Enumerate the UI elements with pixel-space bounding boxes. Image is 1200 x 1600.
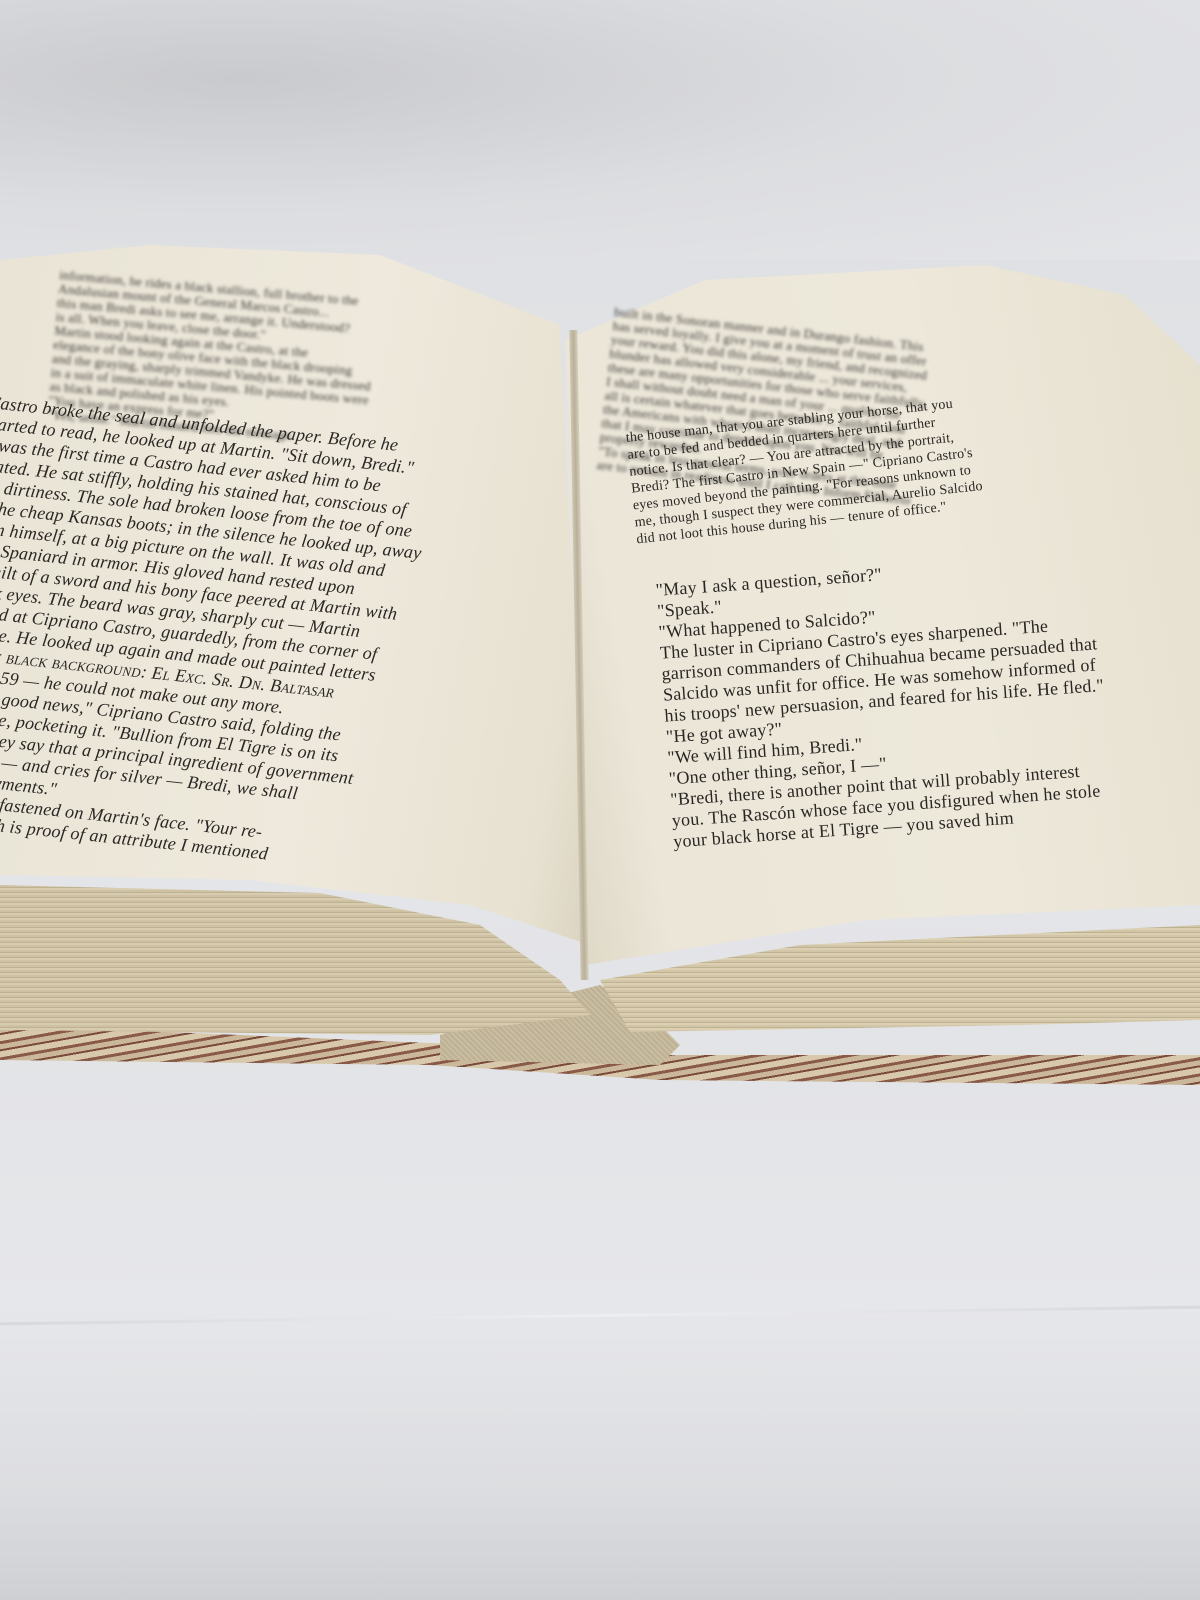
photo-scene: information, he rides a black stallion, … — [0, 0, 1200, 1600]
background-wall — [0, 0, 1200, 260]
left-page-text: Castro broke the seal and unfolded the p… — [0, 392, 437, 876]
table-surface — [0, 1070, 1200, 1600]
right-page-text: "May I ask a question, señor?" "Speak." … — [655, 549, 1113, 852]
